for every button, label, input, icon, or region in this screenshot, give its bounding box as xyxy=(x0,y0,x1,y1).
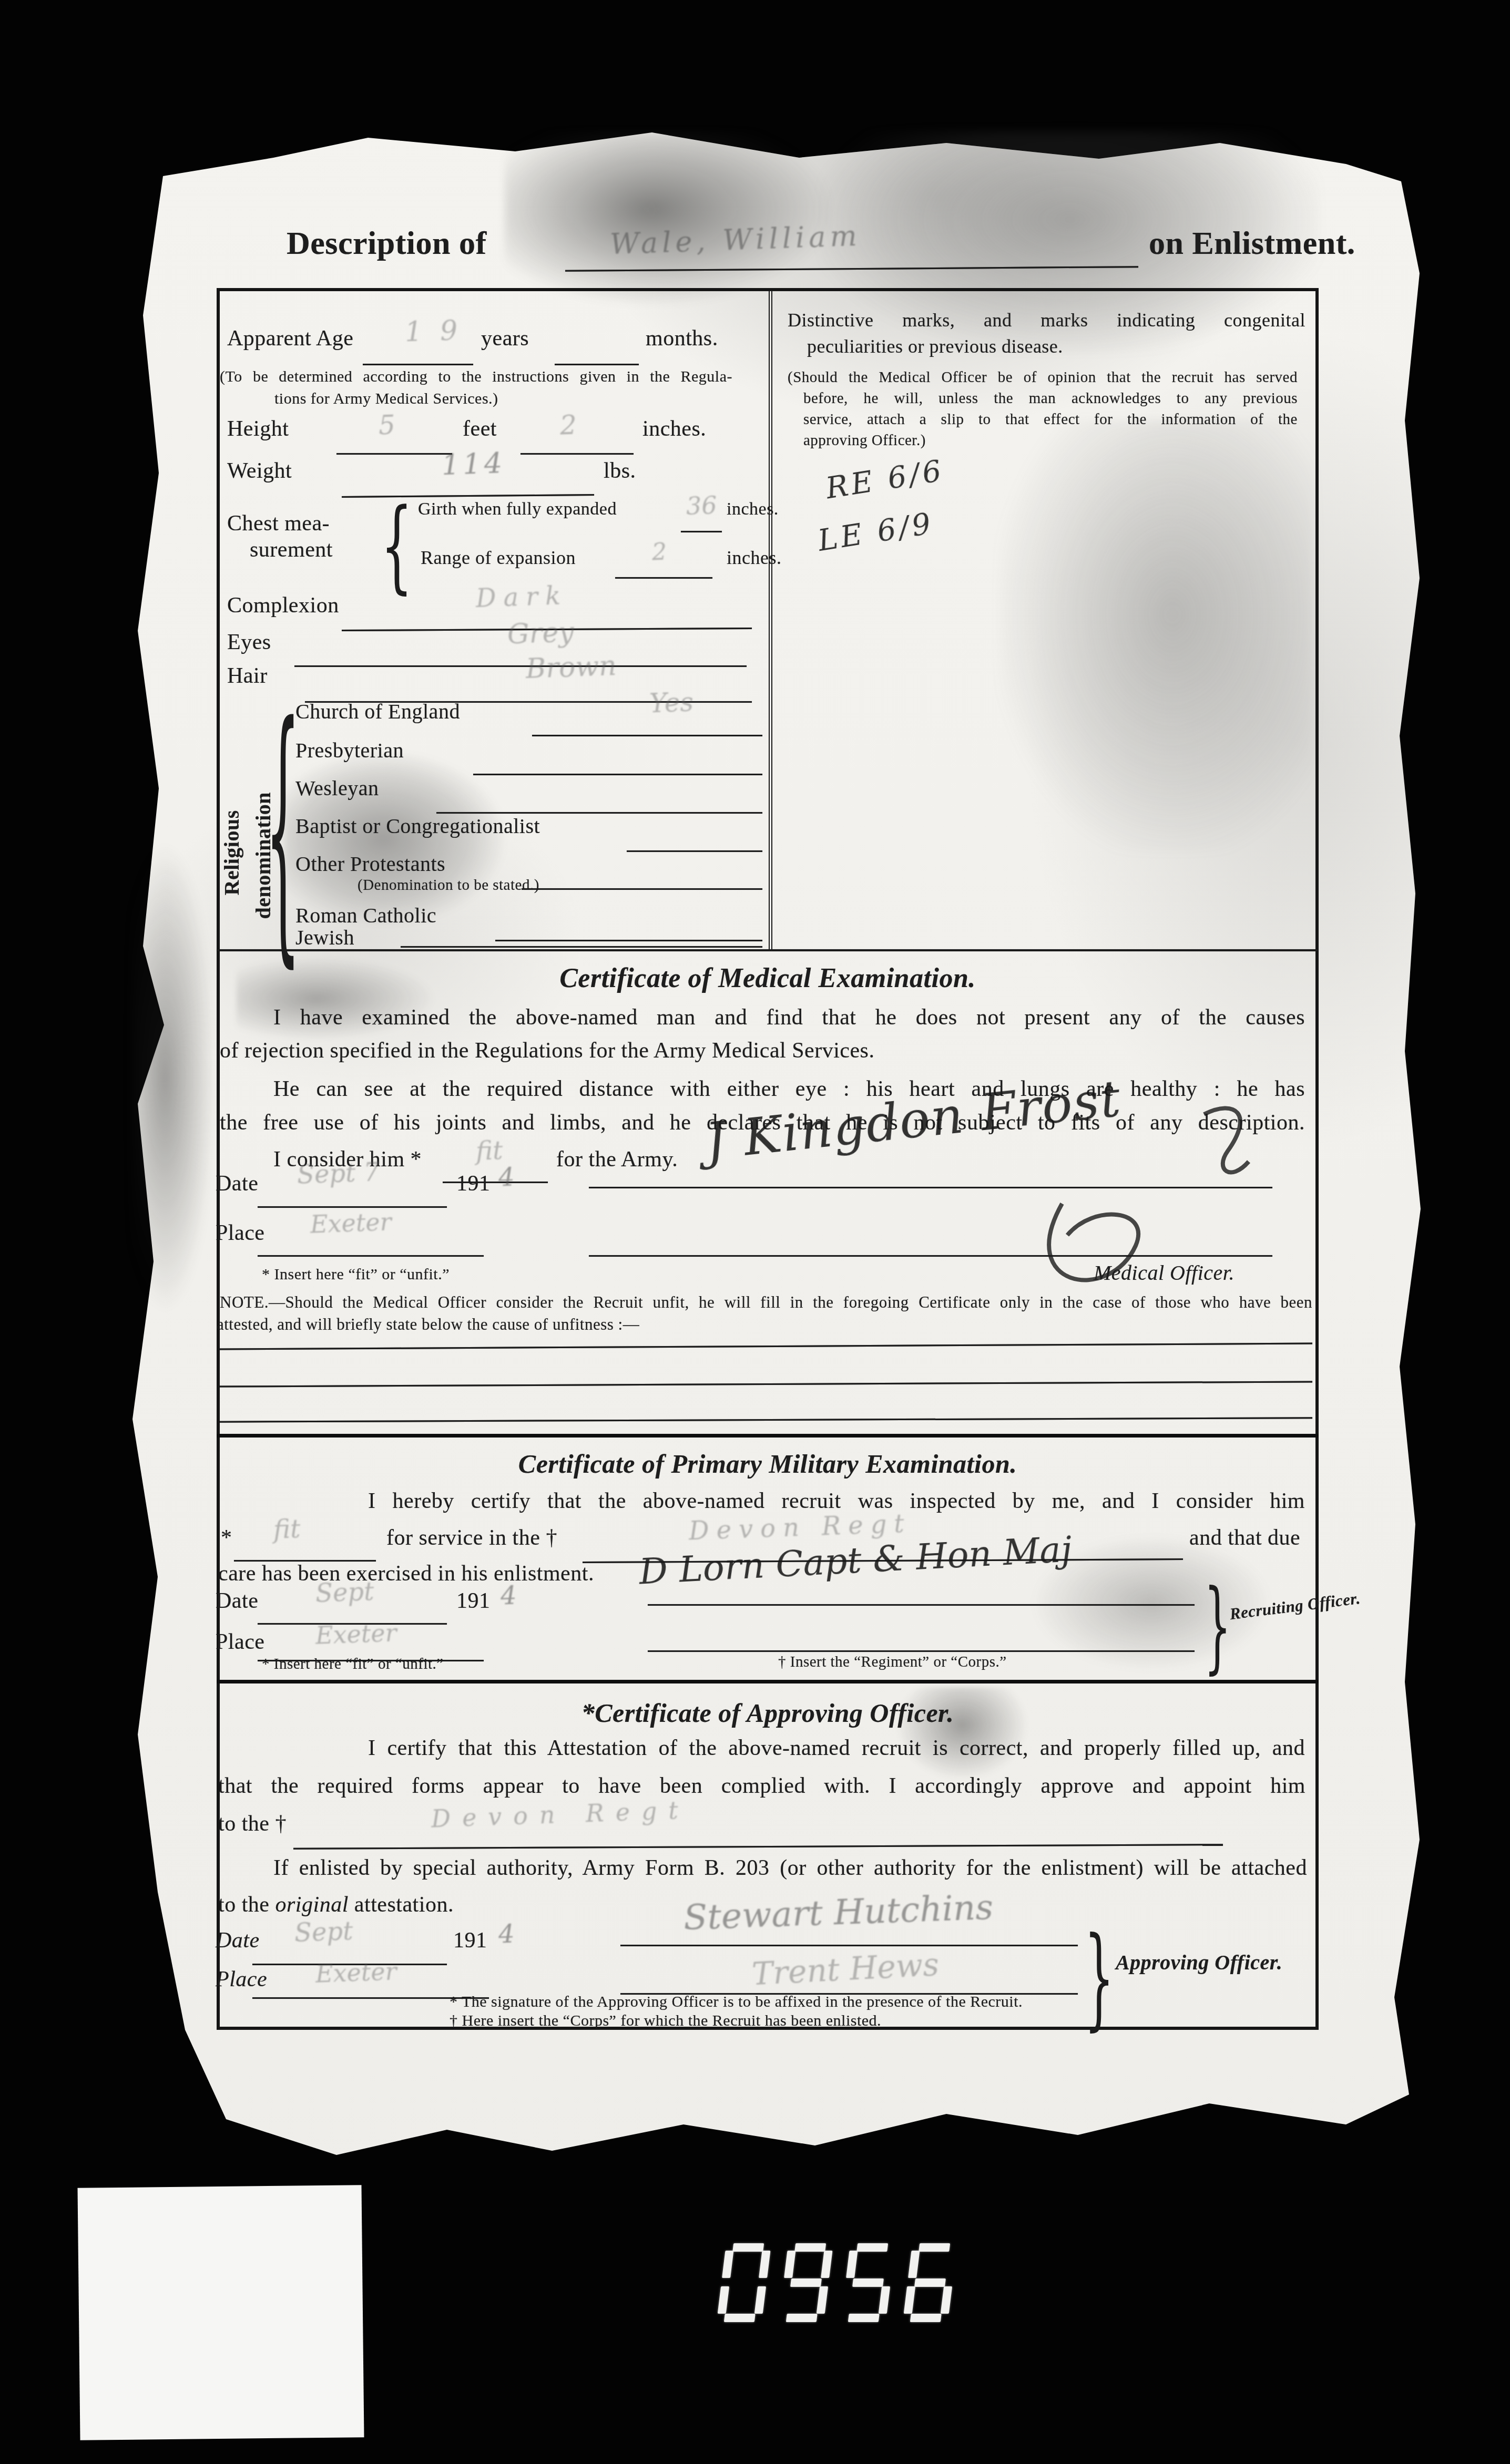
primary-due-text: and that due xyxy=(1189,1525,1300,1551)
primary-date-hand: Sept xyxy=(315,1577,374,1608)
religion-item-label: Presbyterian xyxy=(295,738,404,763)
religion-item-label: Other Protestants xyxy=(295,851,445,876)
height-label: Height xyxy=(227,416,289,442)
medical-officer-label: Medical Officer. xyxy=(1094,1260,1234,1285)
approving-to-label: to the † xyxy=(218,1811,287,1836)
range-line xyxy=(615,577,712,579)
height-feet-value: 5 xyxy=(378,409,396,440)
marks-heading-line1: Distinctive marks, and marks indicating … xyxy=(788,309,1305,331)
girth-value: 36 xyxy=(686,491,717,520)
medical-signature-line1 xyxy=(589,1187,1272,1188)
age-note-line1: (To be determined according to the instr… xyxy=(220,368,732,386)
approving-year-hand: 4 xyxy=(498,1919,515,1949)
religion-denom-note: (Denomination to be stated.) xyxy=(358,877,539,894)
approving-line5: to the original attestation. xyxy=(218,1892,454,1917)
medical-para1-line1: I have examined the above-named man and … xyxy=(273,1005,1305,1030)
feet-label: feet xyxy=(463,416,497,442)
complexion-label: Complexion xyxy=(227,593,339,618)
range-value: 2 xyxy=(651,539,667,566)
girth-label: Girth when fully expanded xyxy=(418,499,617,519)
religion-coe-value: Yes xyxy=(649,687,694,719)
medical-para1-line2: of rejection specified in the Regulation… xyxy=(220,1038,874,1063)
approving-brace: } xyxy=(1084,1913,1114,2042)
height-inches-value: 2 xyxy=(559,409,577,440)
religion-item-label: Jewish xyxy=(295,925,354,950)
age-note-line2: tions for Army Medical Services.) xyxy=(274,390,498,408)
serial-digit xyxy=(717,2243,771,2322)
recruiting-signature-line1 xyxy=(648,1604,1195,1606)
medical-heading: Certificate of Medical Examination. xyxy=(217,963,1319,994)
weight-value: 114 xyxy=(441,447,506,482)
primary-foot1: * Insert here “fit” or “unfit.” xyxy=(262,1656,444,1673)
approving-line4: If enlisted by special authority, Army F… xyxy=(273,1855,1307,1881)
serial-number-display xyxy=(721,2243,974,2322)
approving-line1: I certify that this Attestation of the a… xyxy=(368,1736,1305,1761)
medical-place-line xyxy=(258,1255,484,1257)
line5-original-word: original xyxy=(275,1893,348,1917)
primary-line1: I hereby certify that the above-named re… xyxy=(368,1488,1305,1514)
line5-post: attestation. xyxy=(349,1893,454,1917)
age-months-line xyxy=(555,364,639,365)
medical-date-hand: Sept 7 xyxy=(297,1157,380,1189)
marks-heading-line2: peculiarities or previous disease. xyxy=(807,335,1063,357)
approving-year-printed: 191 xyxy=(453,1928,487,1953)
apparent-age-value: 19 xyxy=(404,314,476,348)
religion-line-5 xyxy=(495,940,762,941)
girth-unit: inches. xyxy=(727,499,779,519)
religion-side-label-1: Religious xyxy=(219,748,244,896)
marks-note-line4: approving Officer.) xyxy=(803,432,926,449)
primary-heading: Certificate of Primary Military Examinat… xyxy=(217,1449,1319,1479)
approving-heading: *Certificate of Approving Officer. xyxy=(217,1698,1319,1728)
chest-label-line2: surement xyxy=(250,537,333,562)
line5-pre: to the xyxy=(218,1893,275,1917)
medical-note-line1: NOTE.—Should the Medical Officer conside… xyxy=(220,1293,1312,1312)
years-label: years xyxy=(481,326,529,351)
primary-place-label: Place xyxy=(216,1629,264,1655)
religion-item-label: Wesleyan xyxy=(295,776,379,800)
marks-note-line3: service, attach a slip to that effect fo… xyxy=(803,411,1298,428)
marks-note-line1: (Should the Medical Officer be of opinio… xyxy=(788,369,1298,386)
eyes-value: Grey xyxy=(507,617,575,650)
recruiting-signature-line2 xyxy=(648,1650,1195,1652)
primary-fit-hand: fit xyxy=(273,1514,301,1545)
consider-fit-value: fit xyxy=(475,1136,503,1166)
hair-value: Brown xyxy=(525,650,617,685)
serial-digit xyxy=(903,2243,957,2322)
approving-place-label: Place xyxy=(216,1967,267,1992)
hair-label: Hair xyxy=(227,663,268,689)
blank-card xyxy=(78,2185,364,2440)
approving-line2: that the required forms appear to have b… xyxy=(218,1773,1305,1799)
apparent-age-label: Apparent Age xyxy=(227,326,353,351)
height-feet-line xyxy=(336,453,452,455)
religion-item-label: Church of England xyxy=(295,699,460,724)
serial-digit xyxy=(841,2243,895,2322)
approving-date-hand: Sept xyxy=(294,1916,353,1948)
range-label: Range of expansion xyxy=(421,547,576,569)
religion-line-6 xyxy=(401,946,762,948)
page-title-prefix: Description of xyxy=(287,225,487,262)
primary-year-hand: 4 xyxy=(500,1580,517,1610)
primary-place-hand: Exeter xyxy=(315,1618,397,1649)
medical-place-label: Place xyxy=(216,1220,264,1246)
serial-digit xyxy=(779,2243,833,2322)
age-years-line xyxy=(363,364,473,365)
medical-date-label: Date xyxy=(216,1171,258,1196)
eyes-label: Eyes xyxy=(227,630,271,655)
primary-line3: care has been exercised in his enlistmen… xyxy=(218,1561,594,1586)
religion-item-label: Roman Catholic xyxy=(295,903,436,928)
religion-line-0 xyxy=(532,735,762,736)
approving-place-hand: Exeter xyxy=(315,1957,397,1988)
section-divider-2 xyxy=(217,1434,1319,1438)
primary-service-label: for service in the † xyxy=(386,1525,557,1551)
medical-signature-line2 xyxy=(589,1255,1272,1257)
months-label: months. xyxy=(646,326,718,351)
medical-place-hand: Exeter xyxy=(310,1207,392,1238)
range-unit: inches. xyxy=(727,547,781,569)
religion-line-1 xyxy=(473,774,762,775)
medical-year-printed: 191 xyxy=(456,1171,491,1196)
primary-date-label: Date xyxy=(216,1588,258,1614)
approving-signature-line1 xyxy=(620,1945,1078,1946)
approving-foot1: * The signature of the Approving Officer… xyxy=(450,1993,1023,2011)
approving-date-label: Date xyxy=(216,1928,260,1953)
approving-foot2: † Here insert the “Corps” for which the … xyxy=(450,2012,881,2030)
primary-year-printed: 191 xyxy=(456,1588,491,1614)
religion-item-label: Baptist or Congregationalist xyxy=(295,814,540,838)
height-inches-label: inches. xyxy=(642,416,706,442)
primary-star: * xyxy=(221,1525,232,1551)
religion-line-3 xyxy=(627,850,762,852)
medical-date-line xyxy=(258,1206,447,1208)
page-title-suffix: on Enlistment. xyxy=(1149,225,1355,262)
recruiting-brace: } xyxy=(1204,1569,1231,1685)
primary-foot2: † Insert the “Regiment” or “Corps.” xyxy=(778,1654,1007,1671)
scanned-document-page: Description of Wale, William on Enlistme… xyxy=(0,0,1510,2464)
marks-note-line2: before, he will, unless the man acknowle… xyxy=(803,390,1298,407)
section-divider-1 xyxy=(217,949,1319,951)
weight-label: Weight xyxy=(227,458,292,484)
approving-officer-label: Approving Officer. xyxy=(1116,1950,1282,1975)
section-divider-3 xyxy=(217,1680,1319,1683)
religion-line-4 xyxy=(522,888,762,890)
column-divider xyxy=(769,290,770,950)
medical-footnote: * Insert here “fit” or “unfit.” xyxy=(262,1266,450,1284)
girth-line xyxy=(681,531,722,532)
complexion-value: Dark xyxy=(475,581,568,613)
eyes-line xyxy=(294,665,747,667)
height-inches-line xyxy=(521,453,634,455)
chest-brace: { xyxy=(381,488,413,604)
chest-label-line1: Chest mea- xyxy=(227,511,330,536)
weight-unit: lbs. xyxy=(604,458,636,484)
medical-note-line2: attested, and will briefly state below t… xyxy=(217,1315,639,1334)
medical-year-hand: 4 xyxy=(498,1162,515,1192)
